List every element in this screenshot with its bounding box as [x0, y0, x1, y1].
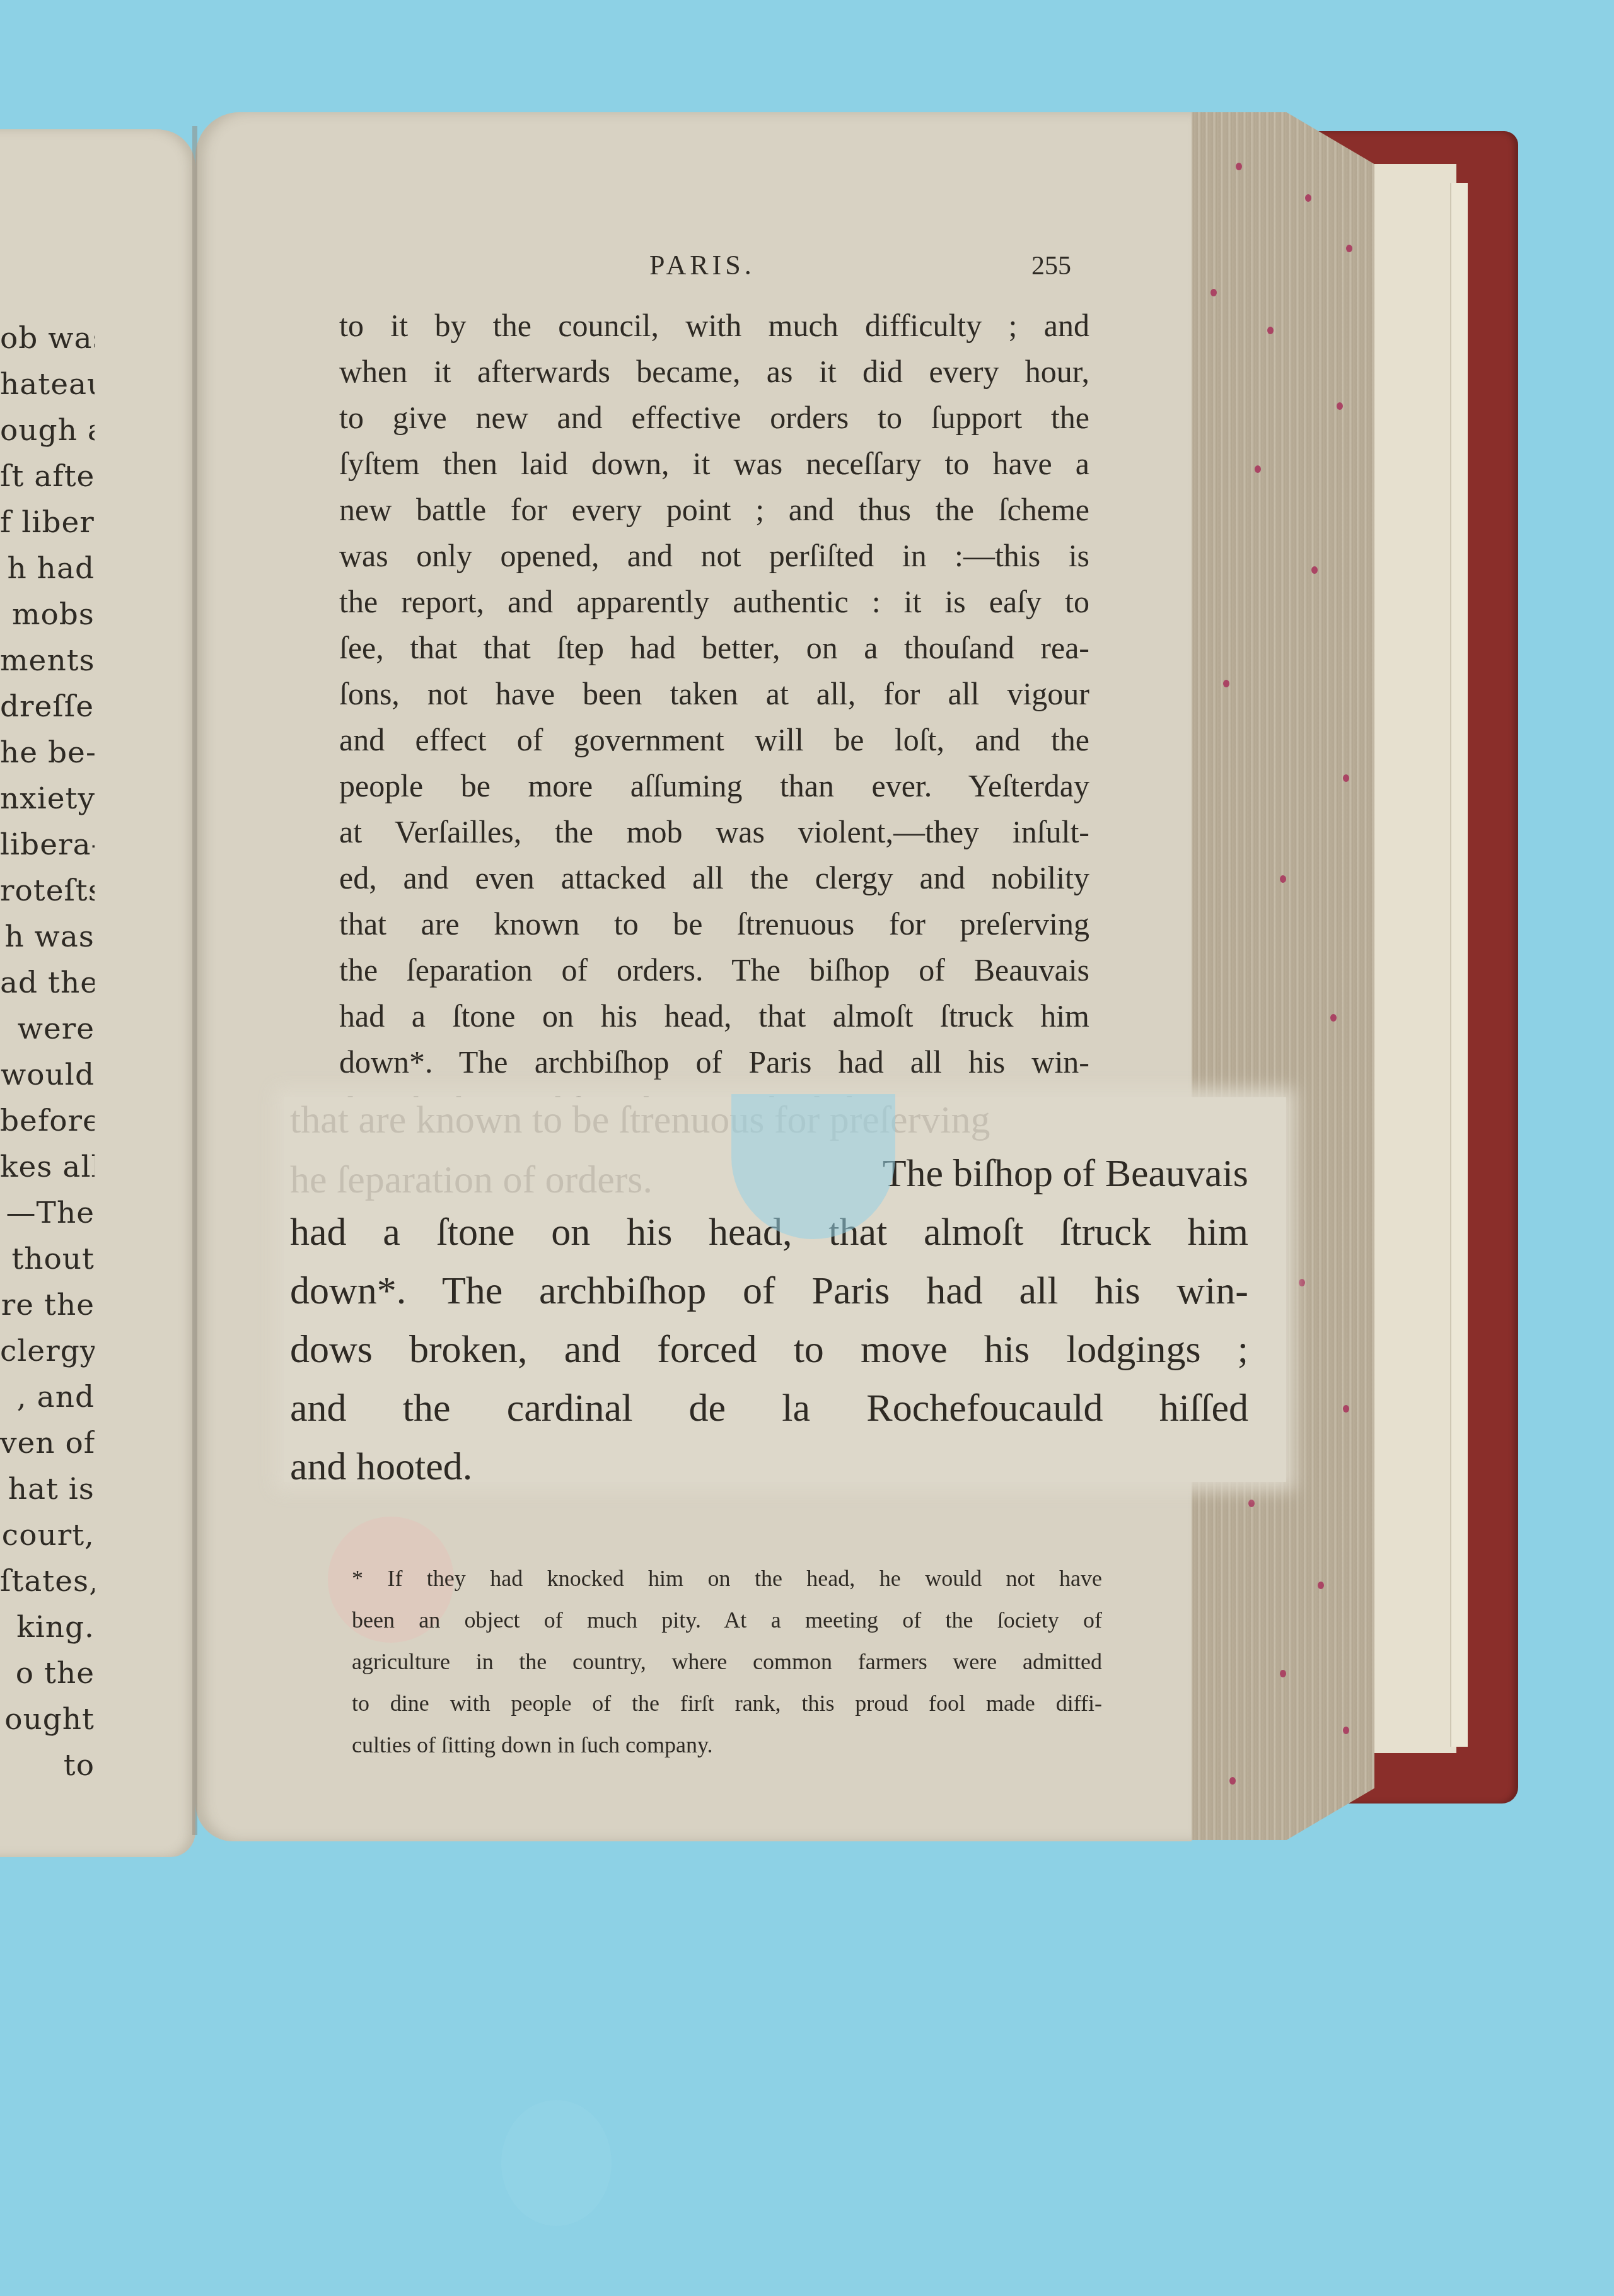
left-text-line: ad the — [0, 960, 95, 1006]
left-text-line: court, — [0, 1512, 95, 1558]
left-text-line: h was — [0, 914, 95, 960]
faint-circle-artifact — [501, 2100, 612, 2226]
left-text-line: ſtates, — [0, 1558, 95, 1604]
left-text-line: f liber- — [0, 499, 95, 545]
left-text-line: thout — [0, 1236, 95, 1282]
left-text-line: before — [0, 1098, 95, 1144]
left-text-line: roteſts — [0, 868, 95, 914]
left-text-line: ought — [0, 1696, 95, 1742]
footnote: * If they had knocked him on the head, h… — [352, 1558, 1102, 1766]
left-text-line: libera- — [0, 822, 95, 868]
body-line: the ſeparation of orders. The biſhop of … — [339, 947, 1089, 993]
endpaper-edge — [1450, 183, 1468, 1747]
left-text-line: dreſſes — [0, 684, 95, 730]
body-line: ſyſtem then laid down, it was neceſſary … — [339, 441, 1089, 487]
left-text-line: re the — [0, 1282, 95, 1328]
body-line: the report, and apparently authentic : i… — [339, 579, 1089, 625]
book-gutter — [192, 126, 197, 1835]
left-text-line: nxiety — [0, 776, 95, 822]
body-line: and effect of government will be loſt, a… — [339, 717, 1089, 763]
magnified-line: dows broken, and forced to move his lodg… — [290, 1320, 1248, 1379]
left-text-line: ments — [0, 638, 95, 684]
left-text-line: king. — [0, 1604, 95, 1650]
left-page-text: ob washateau,ough aſt afterf liber-h had… — [0, 315, 95, 1788]
magnified-line: down*. The archbiſhop of Paris had all h… — [290, 1262, 1248, 1320]
footnote-line: agriculture in the country, where common… — [352, 1641, 1102, 1682]
left-text-line: were — [0, 1006, 95, 1052]
body-line: ſee, that that ſtep had better, on a tho… — [339, 625, 1089, 671]
left-text-line: would — [0, 1052, 95, 1098]
left-text-line: he be- — [0, 730, 95, 776]
running-head: PARIS. — [649, 249, 755, 281]
footnote-line: to dine with people of the firſt rank, t… — [352, 1682, 1102, 1724]
body-line: new battle for every point ; and thus th… — [339, 487, 1089, 533]
left-text-line: —The — [0, 1190, 95, 1236]
body-line: ſons, not have been taken at all, for al… — [339, 671, 1089, 717]
left-text-line: , and — [0, 1374, 95, 1420]
left-text-line: clergy — [0, 1328, 95, 1374]
page-block-edge — [1179, 112, 1374, 1840]
body-line: ed, and even attacked all the clergy and… — [339, 855, 1089, 901]
body-line: to give new and effective orders to ſupp… — [339, 395, 1089, 441]
left-text-line: hateau, — [0, 361, 95, 407]
body-line: when it afterwards became, as it did eve… — [339, 349, 1089, 395]
magnified-line: and hooted. — [290, 1438, 1248, 1496]
body-line: at Verſailles, the mob was violent,—they… — [339, 809, 1089, 855]
left-text-line: hat is — [0, 1466, 95, 1512]
body-line: down*. The archbiſhop of Paris had all h… — [339, 1039, 1089, 1085]
left-text-line: ven of — [0, 1420, 95, 1466]
body-line: was only opened, and not perſiſted in :—… — [339, 533, 1089, 579]
left-text-line: to — [0, 1742, 95, 1788]
footnote-line: * If they had knocked him on the head, h… — [352, 1558, 1102, 1599]
left-text-line: ough a — [0, 407, 95, 453]
left-text-line: h had — [0, 545, 95, 591]
left-text-line: mobs — [0, 591, 95, 638]
body-line: that are known to be ſtrenuous for preſe… — [339, 901, 1089, 947]
left-text-line: o the — [0, 1650, 95, 1696]
footnote-line: been an object of much pity. At a meetin… — [352, 1599, 1102, 1641]
body-line: had a ſtone on his head, that almoſt ſtr… — [339, 993, 1089, 1039]
left-text-line: ob was — [0, 315, 95, 361]
footnote-line: culties of ſitting down in ſuch company. — [352, 1724, 1102, 1766]
page-number: 255 — [1031, 251, 1071, 281]
body-line: people be more aſſuming than ever. Yeſte… — [339, 763, 1089, 809]
body-line: to it by the council, with much difficul… — [339, 303, 1089, 349]
body-text: to it by the council, with much difficul… — [339, 303, 1089, 1131]
left-text-line: ſt after — [0, 453, 95, 499]
magnified-line: and the cardinal de la Rochefoucauld hiſ… — [290, 1379, 1248, 1438]
left-text-line: kes all — [0, 1144, 95, 1190]
